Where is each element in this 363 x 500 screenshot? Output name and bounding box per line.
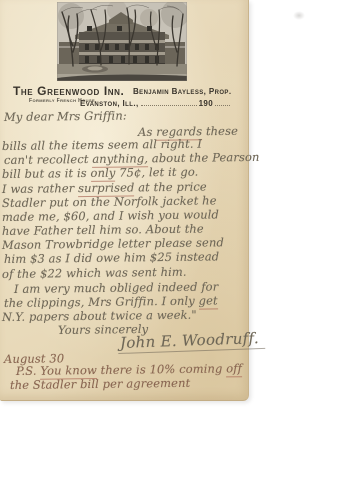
letter-paper: The Greenwood Inn. Formerly French House… [0,0,249,401]
letter-line: him $3 as I did owe him $25 instead [4,249,219,266]
letter-line: My dear Mrs Griffin: [4,109,127,124]
scan-smudge [293,11,305,20]
letter-line: P.S. You know there is 10% coming off [16,361,242,378]
letter-line: bill but as it is only 75¢, let it go. [2,165,199,181]
letter-line: of the $22 which was sent him. [2,265,187,281]
scan-background: The Greenwood Inn. Formerly French House… [0,0,363,500]
handwritten-letter-body: My dear Mrs Griffin:As regards thesebill… [0,0,248,400]
signature: John E. Woodruff. [118,329,266,354]
letter-line: the Stadler bill per agreement [10,376,190,392]
